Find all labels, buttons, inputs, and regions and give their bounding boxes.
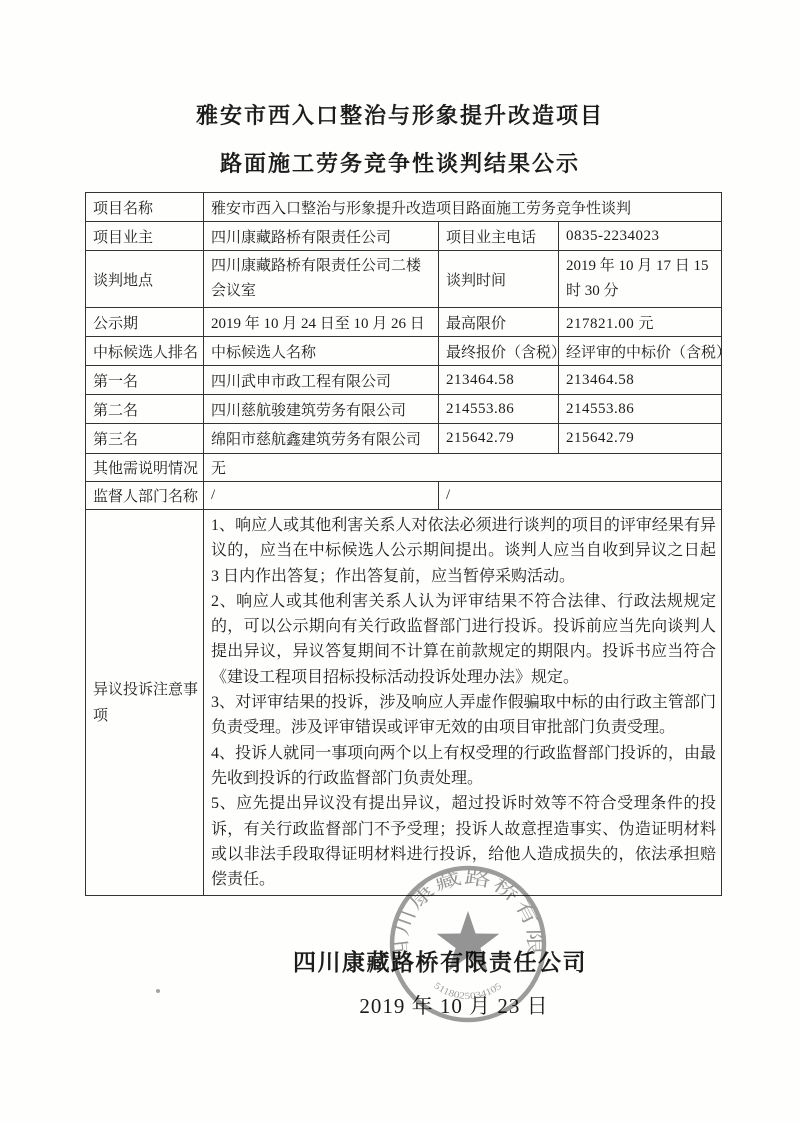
other-notes-value: 无 — [204, 454, 722, 482]
candidate-final-offer: 214553.86 — [439, 395, 559, 424]
max-price-value: 217821.00 元 — [559, 308, 722, 337]
candidate-name-header: 中标候选人名称 — [204, 337, 439, 366]
candidate-final-offer: 213464.58 — [439, 366, 559, 395]
supervisor-value-2: / — [439, 482, 722, 510]
result-table: 项目名称 雅安市西入口整治与形象提升改造项目路面施工劳务竞争性谈判 项目业主 四… — [85, 192, 722, 896]
supervisor-value-1: / — [204, 482, 439, 510]
document-title-line1: 雅安市西入口整治与形象提升改造项目 — [0, 0, 800, 131]
final-offer-header: 最终报价（含税） — [439, 337, 559, 366]
table-row: 项目业主 四川康藏路桥有限责任公司 项目业主电话 0835-2234023 — [86, 222, 722, 251]
candidate-name: 四川慈航骏建筑劳务有限公司 — [204, 395, 439, 424]
table-row: 监督人部门名称 / / — [86, 482, 722, 510]
time-value: 2019 年 10 月 17 日 15 时 30 分 — [559, 251, 722, 308]
objection-paragraph-2: 2、响应人或其他利害关系人认为评审结果不符合法律、行政法规规定的，可以公示期向有… — [211, 589, 716, 690]
table-row: 其他需说明情况 无 — [86, 454, 722, 482]
document-title-line2: 路面施工劳务竞争性谈判结果公示 — [0, 149, 800, 179]
objection-notes-row: 异议投诉注意事项 1、响应人或其他利害关系人对依法必须进行谈判的项目的评审经果有… — [86, 510, 722, 896]
time-label: 谈判时间 — [439, 251, 559, 308]
candidate-name: 绵阳市慈航鑫建筑劳务有限公司 — [204, 424, 439, 454]
candidate-final-offer: 215642.79 — [439, 424, 559, 454]
project-name-label: 项目名称 — [86, 193, 204, 222]
candidate-row-2: 第二名 四川慈航骏建筑劳务有限公司 214553.86 214553.86 — [86, 395, 722, 424]
location-label: 谈判地点 — [86, 251, 204, 308]
publicity-value: 2019 年 10 月 24 日至 10 月 26 日 — [204, 308, 439, 337]
supervisor-label: 监督人部门名称 — [86, 482, 204, 510]
candidate-rank-header: 中标候选人排名 — [86, 337, 204, 366]
table-row: 项目名称 雅安市西入口整治与形象提升改造项目路面施工劳务竞争性谈判 — [86, 193, 722, 222]
owner-phone-label: 项目业主电话 — [439, 222, 559, 251]
objection-notes-cell: 1、响应人或其他利害关系人对依法必须进行谈判的项目的评审经果有异议的，应当在中标… — [204, 510, 722, 896]
table-row: 公示期 2019 年 10 月 24 日至 10 月 26 日 最高限价 217… — [86, 308, 722, 337]
candidate-rank: 第三名 — [86, 424, 204, 454]
candidate-reviewed-price: 213464.58 — [559, 366, 722, 395]
objection-paragraph-4: 4、投诉人就同一事项向两个以上有权受理的行政监督部门投诉的，由最先收到投诉的行政… — [211, 741, 716, 792]
owner-label: 项目业主 — [86, 222, 204, 251]
signature-date: 2019 年 10 月 23 日 — [54, 990, 800, 1020]
document-page: 雅安市西入口整治与形象提升改造项目 路面施工劳务竞争性谈判结果公示 项目名称 雅… — [0, 0, 800, 1122]
signature-company-name: 四川康藏路桥有限责任公司 — [40, 944, 800, 977]
publicity-label: 公示期 — [86, 308, 204, 337]
objection-paragraph-3: 3、对评审结果的投诉，涉及响应人弄虚作假骗取中标的由行政主管部门负责受理。涉及评… — [211, 690, 716, 741]
owner-phone-value: 0835-2234023 — [559, 222, 722, 251]
candidate-header-row: 中标候选人排名 中标候选人名称 最终报价（含税） 经评审的中标价（含税） — [86, 337, 722, 366]
candidate-rank: 第二名 — [86, 395, 204, 424]
candidate-reviewed-price: 214553.86 — [559, 395, 722, 424]
owner-value: 四川康藏路桥有限责任公司 — [204, 222, 439, 251]
candidate-row-3: 第三名 绵阳市慈航鑫建筑劳务有限公司 215642.79 215642.79 — [86, 424, 722, 454]
candidate-row-1: 第一名 四川武申市政工程有限公司 213464.58 213464.58 — [86, 366, 722, 395]
reviewed-price-header: 经评审的中标价（含税） — [559, 337, 722, 366]
objection-paragraph-5: 5、应先提出异议没有提出异议，超过投诉时效等不符合受理条件的投诉，有关行政监督部… — [211, 791, 716, 892]
objection-paragraph-1: 1、响应人或其他利害关系人对依法必须进行谈判的项目的评审经果有异议的，应当在中标… — [211, 513, 716, 589]
project-name-value: 雅安市西入口整治与形象提升改造项目路面施工劳务竞争性谈判 — [204, 193, 722, 222]
candidate-rank: 第一名 — [86, 366, 204, 395]
objection-notes-label: 异议投诉注意事项 — [86, 510, 204, 896]
table-row: 谈判地点 四川康藏路桥有限责任公司二楼会议室 谈判时间 2019 年 10 月 … — [86, 251, 722, 308]
max-price-label: 最高限价 — [439, 308, 559, 337]
other-notes-label: 其他需说明情况 — [86, 454, 204, 482]
candidate-name: 四川武申市政工程有限公司 — [204, 366, 439, 395]
location-value: 四川康藏路桥有限责任公司二楼会议室 — [204, 251, 439, 308]
candidate-reviewed-price: 215642.79 — [559, 424, 722, 454]
